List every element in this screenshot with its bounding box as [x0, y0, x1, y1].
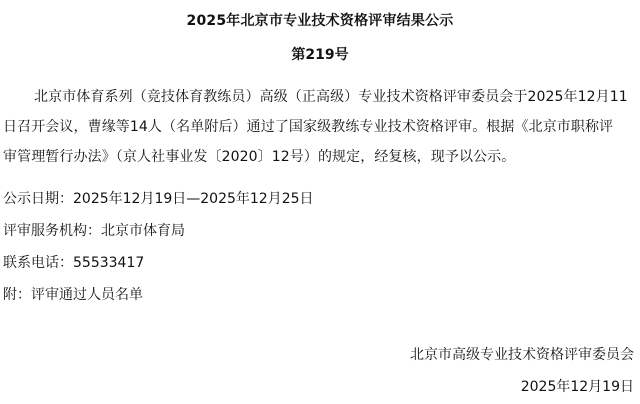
field-label: 公示日期： [3, 191, 73, 207]
document-number: 第219号 [0, 46, 640, 64]
signature-organization: 北京市高级专业技术资格评审委员会 [410, 346, 634, 364]
paragraph-line-1: 北京市体育系列（竞技体育教练员）高级（正高级）专业技术资格评审委员会于2025年… [34, 88, 628, 106]
field-value: 评审通过人员名单 [31, 287, 143, 303]
field-value: 2025年12月19日—2025年12月25日 [73, 191, 314, 207]
signature-date: 2025年12月19日 [521, 378, 634, 396]
field-label: 评审服务机构： [3, 223, 101, 239]
paragraph-line-3: 审管理暂行办法》（京人社事业发〔2020〕12号）的规定，经复核，现予以公示。 [3, 148, 515, 166]
field-attachment: 附：评审通过人员名单 [3, 286, 143, 304]
field-contact-phone: 联系电话：55533417 [3, 254, 144, 272]
paragraph-line-2: 日召开会议，曹缘等14人（名单附后）通过了国家级教练专业技术资格评审。根据《北京… [3, 118, 613, 136]
field-service-agency: 评审服务机构：北京市体育局 [3, 222, 185, 240]
document-title: 2025年北京市专业技术资格评审结果公示 [0, 12, 640, 30]
field-label: 联系电话： [3, 255, 73, 271]
field-publicity-date: 公示日期：2025年12月19日—2025年12月25日 [3, 190, 314, 208]
field-label: 附： [3, 287, 31, 303]
field-value: 北京市体育局 [101, 223, 185, 239]
field-value: 55533417 [73, 255, 144, 271]
